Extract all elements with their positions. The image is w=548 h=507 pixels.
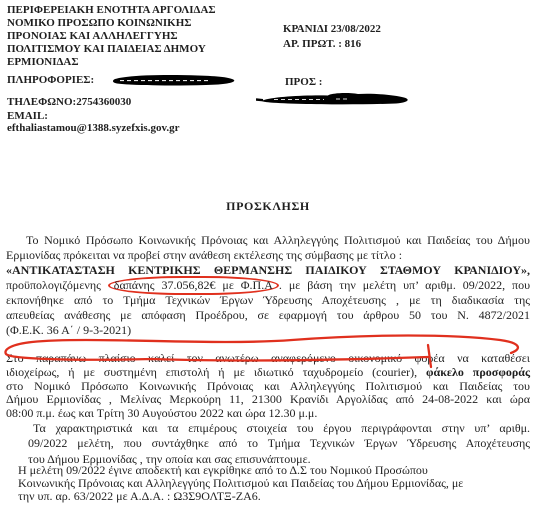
text-line: (Φ.Ε.Κ. 36 Α΄ / 9-3-2021): [6, 323, 530, 338]
sender-org-line: ΝΟΜΙΚΟ ΠΡΟΣΩΠΟ ΚΟΙΝΩΝΙΚΗΣ: [7, 17, 216, 30]
redaction-bar-recipient: [256, 88, 416, 110]
recipient-label: ΠΡΟΣ :: [285, 76, 322, 88]
sender-org-line: ΕΡΜΙΟΝΙΔΑΣ: [7, 56, 216, 69]
text-segment: να καταθέσει: [445, 351, 530, 365]
sender-org-line: ΠΟΛΙΤΙΣΜΟΥ ΚΑΙ ΠΑΙΔΕΙΑΣ ΔΗΜΟΥ: [7, 43, 216, 56]
text-line: 08:00 π.μ. έως και Τρίτη 30 Αυγούστου 20…: [6, 407, 530, 421]
circled-amount-text: δαπάνης 37.056,82€ με Φ.Π.Α: [114, 278, 273, 292]
text-line: την υπ. αρ. 63/2022 με Α.Δ.Α. : Ω3Σ9ΟΛΤΞ…: [18, 490, 530, 503]
sender-block: ΠΕΡΙΦΕΡΕΙΑΚΗ ΕΝΟΤΗΤΑ ΑΡΓΟΛΙΔΑΣ ΝΟΜΙΚΟ ΠΡ…: [7, 4, 216, 69]
text-segment: προϋπολογιζόμενης: [6, 278, 108, 292]
text-line: στο Νομικό Πρόσωπο Κοινωνικής Πρόνοιας κ…: [6, 380, 530, 394]
text-line: Τα χαρακτηριστικά και τα επιμέρους στοιχ…: [28, 421, 530, 436]
text-line: εκπονήθηκε από το Τμήμα Τεχνικών Έργων Ύ…: [6, 293, 530, 308]
email-address: efthaliastamou@1388.syzefxis.gov.gr: [7, 122, 179, 134]
phone-number: ΤΗΛΕΦΩΝΟ:2754360030: [7, 96, 131, 108]
text-line: απευθείας ανάθεσης με απόφαση Προέδρου, …: [6, 308, 530, 323]
paragraph-intro: Το Νομικό Πρόσωπο Κοινωνικής Πρόνοιας κα…: [6, 233, 530, 338]
project-title-line: «ΑΝΤΙΚΑΤΑΣΤΑΣΗ ΚΕΝΤΡΙΚΗΣ ΘΕΡΜΑΝΣΗΣ ΠΑΙΔΙ…: [6, 263, 530, 278]
text-line: Στο παραπάνω πλαίσιο καλεί τον ανωτέρω α…: [6, 352, 530, 366]
text-line: 09/2022 μελέτη, που συντάχθηκε από το Τμ…: [28, 436, 530, 451]
paragraph-approval: Η μελέτη 09/2022 έγινε αποδεκτή και εγκρ…: [18, 464, 530, 503]
document-title: ΠΡΟΣΚΛΗΣΗ: [6, 199, 530, 214]
circled-phrase-text: Στο παραπάνω πλαίσιο καλεί τον ανωτέρω α…: [6, 351, 445, 365]
email-label: EMAIL:: [7, 110, 48, 122]
text-line: Δήμου Ερμιονίδας , Μελίνας Μερκούρη 11, …: [6, 393, 530, 407]
text-line: ιδιοχείρως, ή με συστημένη επιστολή ή με…: [6, 366, 530, 380]
date-protocol-block: ΚΡΑΝΙΔΙ 23/08/2022 ΑΡ. ΠΡΩΤ. : 816: [283, 22, 381, 52]
paragraph-invitation: Στο παραπάνω πλαίσιο καλεί τον ανωτέρω α…: [6, 352, 530, 421]
text-line: Ερμιονίδας πρόκειται να προβεί στην ανάθ…: [6, 248, 530, 263]
redaction-bar-info: [110, 72, 245, 88]
text-segment: ιδιοχείρως, ή με συστημένη επιστολή ή με…: [6, 365, 426, 379]
place-date: ΚΡΑΝΙΔΙ 23/08/2022: [283, 22, 381, 37]
sender-org-line: ΠΕΡΙΦΕΡΕΙΑΚΗ ΕΝΟΤΗΤΑ ΑΡΓΟΛΙΔΑΣ: [7, 4, 216, 17]
offer-folder-bold: φάκελο προσφοράς: [426, 365, 530, 379]
text-line: Το Νομικό Πρόσωπο Κοινωνικής Πρόνοιας κα…: [6, 233, 530, 248]
protocol-number: ΑΡ. ΠΡΩΤ. : 816: [283, 37, 381, 52]
text-segment: . με βάση την μελέτη υπ’ αριθμ. 09/2022,…: [279, 278, 530, 292]
paragraph-study: Τα χαρακτηριστικά και τα επιμέρους στοιχ…: [28, 421, 530, 467]
info-label: ΠΛΗΡΟΦΟΡΙΕΣ:: [7, 74, 94, 86]
text-line: προϋπολογιζόμενης δαπάνης 37.056,82€ με …: [6, 278, 530, 293]
sender-org-line: ΠΡΟΝΟΙΑΣ ΚΑΙ ΑΛΛΗΛΕΓΓΥΗΣ: [7, 30, 216, 43]
